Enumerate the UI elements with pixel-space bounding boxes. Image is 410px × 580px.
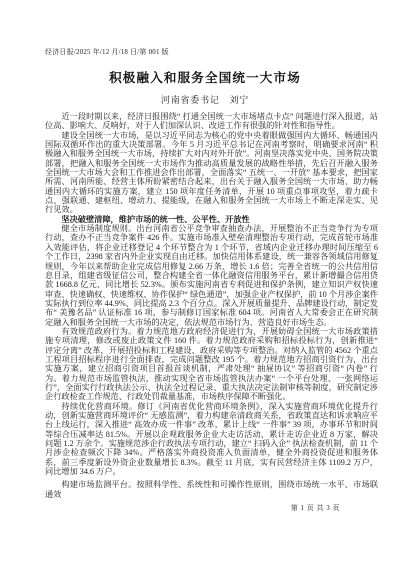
article-title: 积极融入和服务全国统一大市场: [0, 68, 410, 86]
article-paragraph: 持续优化营商环境。修订《河南省优化营商环境条例》，深入实施营商环境优化提升行动，…: [45, 402, 378, 477]
article-paragraph: 有效规范政府行为。着力规范地方政府经济促进行为，开展妨碍全国统一大市场政策措施专…: [45, 327, 378, 402]
article-paragraph: 健全市场制度规则。出台河南省公平竞争审查抽查办法，开展整治不正当竞争行为专项行动…: [45, 224, 378, 327]
article-byline: 河南省委书记 刘宁: [0, 93, 410, 106]
section-heading: 坚决破壁清障，维护市场的统一性、公平性、开放性: [45, 215, 378, 224]
article-paragraph: 建设全国统一大市场，是以习近平同志为核心的党中央着眼做强国内大循环、畅通国内国际…: [45, 131, 378, 215]
page-number-indicator: 第 1 页 共 3 页: [291, 503, 340, 513]
article-body: 近一段时期以来，经济日报围绕“ 打通全国统一大市场堵点卡点” 问题进行深入报道，…: [45, 112, 378, 499]
document-page: 经济日报/2025 年/12 月/18 日/第 001 版 积极融入和服务全国统…: [0, 0, 410, 580]
masthead-source-line: 经济日报/2025 年/12 月/18 日/第 001 版: [45, 47, 169, 57]
article-paragraph: 构建市场监测平台。按照科学性、系统性和可操作性原则，围绕市场统一水平、市场联通效: [45, 480, 378, 499]
article-paragraph: 近一段时期以来，经济日报围绕“ 打通全国统一大市场堵点卡点” 问题进行深入报道，…: [45, 112, 378, 131]
